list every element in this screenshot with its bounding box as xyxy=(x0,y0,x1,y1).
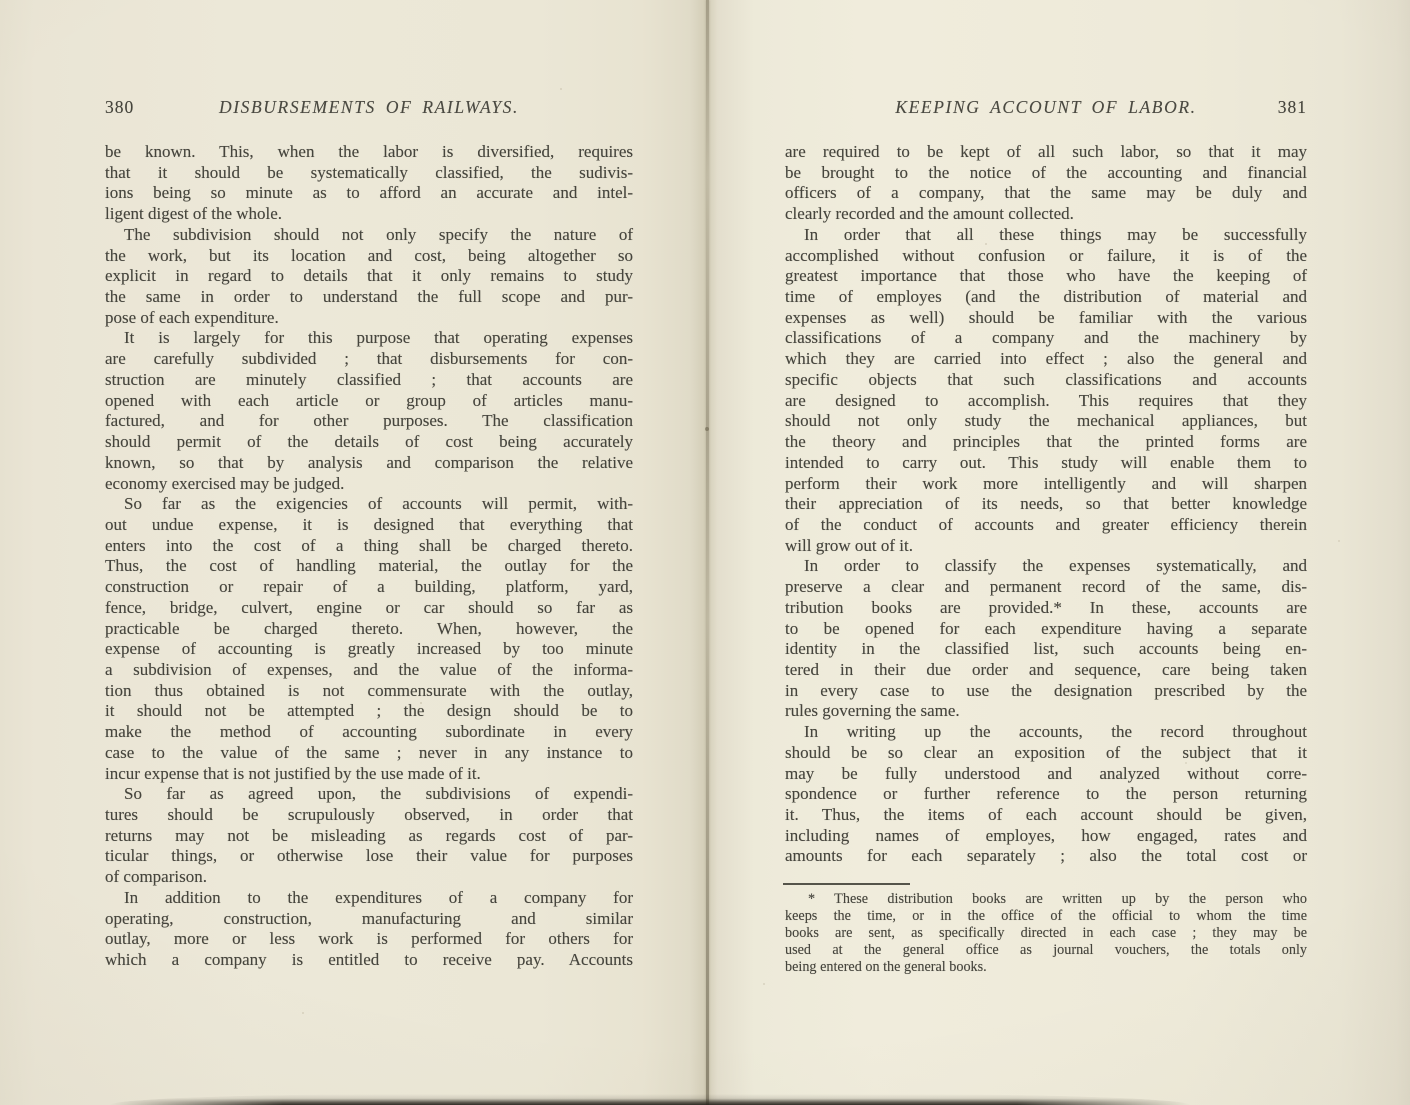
text-line: known, so that by analysis and compariso… xyxy=(105,453,633,474)
text-line: to be opened for each expenditure having… xyxy=(785,619,1307,640)
text-line: a subdivision of expenses, and the value… xyxy=(105,660,633,681)
paragraph: * These distribution books are written u… xyxy=(785,891,1307,975)
text-line: Thus, the cost of handling material, the… xyxy=(105,556,633,577)
book-spread: 380 DISBURSEMENTS OF RAILWAYS. KEEPING A… xyxy=(0,0,1410,1105)
paragraph: It is largely for this purpose that oper… xyxy=(105,328,633,494)
text-line: expenses as well) should be familiar wit… xyxy=(785,308,1307,329)
right-page-body-text: are required to be kept of all such labo… xyxy=(785,142,1307,867)
paragraph: The subdivision should not only specify … xyxy=(105,225,633,329)
text-line: In order that all these things may be su… xyxy=(785,225,1307,246)
text-line: which they are carried into effect ; als… xyxy=(785,349,1307,370)
footnote-rule xyxy=(783,883,910,885)
right-page-header: KEEPING ACCOUNT OF LABOR. 381 xyxy=(785,97,1307,121)
text-line: explicit in regard to details that it on… xyxy=(105,266,633,287)
text-line: So far as agreed upon, the subdivisions … xyxy=(105,784,633,805)
text-line: spondence or further reference to the pe… xyxy=(785,784,1307,805)
text-line: the work, but its location and cost, bei… xyxy=(105,246,633,267)
text-line: perform their work more intelligently an… xyxy=(785,474,1307,495)
text-line: it. Thus, the items of each account shou… xyxy=(785,805,1307,826)
page-number-left: 380 xyxy=(105,97,134,118)
text-line: time of employes (and the distribution o… xyxy=(785,287,1307,308)
text-line: are carefully subdivided ; that disburse… xyxy=(105,349,633,370)
text-line: ticular things, or otherwise lose their … xyxy=(105,846,633,867)
text-line: tered in their due order and sequence, c… xyxy=(785,660,1307,681)
text-line: outlay, more or less work is performed f… xyxy=(105,929,633,950)
left-page-header: 380 DISBURSEMENTS OF RAILWAYS. xyxy=(105,97,633,121)
text-line: amounts for each separately ; also the t… xyxy=(785,846,1307,867)
text-line: are required to be kept of all such labo… xyxy=(785,142,1307,163)
text-line: are designed to accomplish. This require… xyxy=(785,391,1307,412)
text-line: practicable be charged thereto. When, ho… xyxy=(105,619,633,640)
text-line: pose of each expenditure. xyxy=(105,308,633,329)
paragraph: In order that all these things may be su… xyxy=(785,225,1307,557)
text-line: greatest importance that those who have … xyxy=(785,266,1307,287)
text-line: returns may not be misleading as regards… xyxy=(105,826,633,847)
text-line: rules governing the same. xyxy=(785,701,1307,722)
text-line: will grow out of it. xyxy=(785,536,1307,557)
paragraph: be known. This, when the labor is divers… xyxy=(105,142,633,225)
text-line: be brought to the notice of the accounti… xyxy=(785,163,1307,184)
text-line: In addition to the expenditures of a com… xyxy=(105,888,633,909)
text-line: operating, construction, manufacturing a… xyxy=(105,909,633,930)
text-line: * These distribution books are written u… xyxy=(785,891,1307,908)
text-line: identity in the classified list, such ac… xyxy=(785,639,1307,660)
text-line: economy exercised may be judged. xyxy=(105,474,633,495)
text-line: of comparison. xyxy=(105,867,633,888)
book-bottom-edge xyxy=(110,1094,1190,1105)
text-line: be known. This, when the labor is divers… xyxy=(105,142,633,163)
text-line: opened with each article or group of art… xyxy=(105,391,633,412)
text-line: tures should be scrupulously observed, i… xyxy=(105,805,633,826)
paragraph: In addition to the expenditures of a com… xyxy=(105,888,633,971)
text-line: their appreciation of its needs, so that… xyxy=(785,494,1307,515)
text-line: construction or repair of a building, pl… xyxy=(105,577,633,598)
page-number-right: 381 xyxy=(1278,97,1307,118)
text-line: The subdivision should not only specify … xyxy=(105,225,633,246)
text-line: books are sent, as specifically directed… xyxy=(785,925,1307,942)
paragraph: In writing up the accounts, the record t… xyxy=(785,722,1307,867)
text-line: struction are minutely classified ; that… xyxy=(105,370,633,391)
text-line: tion thus obtained is not commensurate w… xyxy=(105,681,633,702)
text-line: So far as the exigencies of accounts wil… xyxy=(105,494,633,515)
text-line: enters into the cost of a thing shall be… xyxy=(105,536,633,557)
text-line: tribution books are provided.* In these,… xyxy=(785,598,1307,619)
text-line: should be so clear an exposition of the … xyxy=(785,743,1307,764)
text-line: officers of a company, that the same may… xyxy=(785,183,1307,204)
text-line: the theory and principles that the print… xyxy=(785,432,1307,453)
left-page-body-text: be known. This, when the labor is divers… xyxy=(105,142,633,971)
paragraph: So far as the exigencies of accounts wil… xyxy=(105,494,633,784)
text-line: of the conduct of accounts and greater e… xyxy=(785,515,1307,536)
text-line: In writing up the accounts, the record t… xyxy=(785,722,1307,743)
text-line: it should not be attempted ; the design … xyxy=(105,701,633,722)
running-header-right: KEEPING ACCOUNT OF LABOR. xyxy=(895,97,1196,117)
text-line: out undue expense, it is designed that e… xyxy=(105,515,633,536)
text-line: which a company is entitled to receive p… xyxy=(105,950,633,971)
text-line: the same in order to understand the full… xyxy=(105,287,633,308)
text-line: case to the value of the same ; never in… xyxy=(105,743,633,764)
running-header-left: DISBURSEMENTS OF RAILWAYS. xyxy=(219,97,519,117)
text-line: used at the general office as journal vo… xyxy=(785,942,1307,959)
text-line: fence, bridge, culvert, engine or car sh… xyxy=(105,598,633,619)
text-line: keeps the time, or in the office of the … xyxy=(785,908,1307,925)
text-line: expense of accounting is greatly increas… xyxy=(105,639,633,660)
paragraph: In order to classify the expenses system… xyxy=(785,556,1307,722)
text-line: should not only study the mechanical app… xyxy=(785,411,1307,432)
text-line: ions being so minute as to afford an acc… xyxy=(105,183,633,204)
footnote: * These distribution books are written u… xyxy=(785,891,1307,975)
text-line: in every case to use the designation pre… xyxy=(785,681,1307,702)
text-line: classifications of a company and the mac… xyxy=(785,328,1307,349)
text-line: ligent digest of the whole. xyxy=(105,204,633,225)
text-line: clearly recorded and the amount collecte… xyxy=(785,204,1307,225)
text-line: incur expense that is not justified by t… xyxy=(105,764,633,785)
text-line: including names of employes, how engaged… xyxy=(785,826,1307,847)
text-line: In order to classify the expenses system… xyxy=(785,556,1307,577)
text-line: should permit of the details of cost bei… xyxy=(105,432,633,453)
text-line: may be fully understood and analyzed wit… xyxy=(785,764,1307,785)
text-line: It is largely for this purpose that oper… xyxy=(105,328,633,349)
gutter-crease xyxy=(706,0,709,1105)
text-line: intended to carry out. This study will e… xyxy=(785,453,1307,474)
paragraph: So far as agreed upon, the subdivisions … xyxy=(105,784,633,888)
text-line: being entered on the general books. xyxy=(785,959,1307,976)
text-line: preserve a clear and permanent record of… xyxy=(785,577,1307,598)
text-line: that it should be systematically classif… xyxy=(105,163,633,184)
text-line: make the method of accounting subordinat… xyxy=(105,722,633,743)
text-line: specific objects that such classificatio… xyxy=(785,370,1307,391)
paragraph: are required to be kept of all such labo… xyxy=(785,142,1307,225)
text-line: accomplished without confusion or failur… xyxy=(785,246,1307,267)
text-line: factured, and for other purposes. The cl… xyxy=(105,411,633,432)
